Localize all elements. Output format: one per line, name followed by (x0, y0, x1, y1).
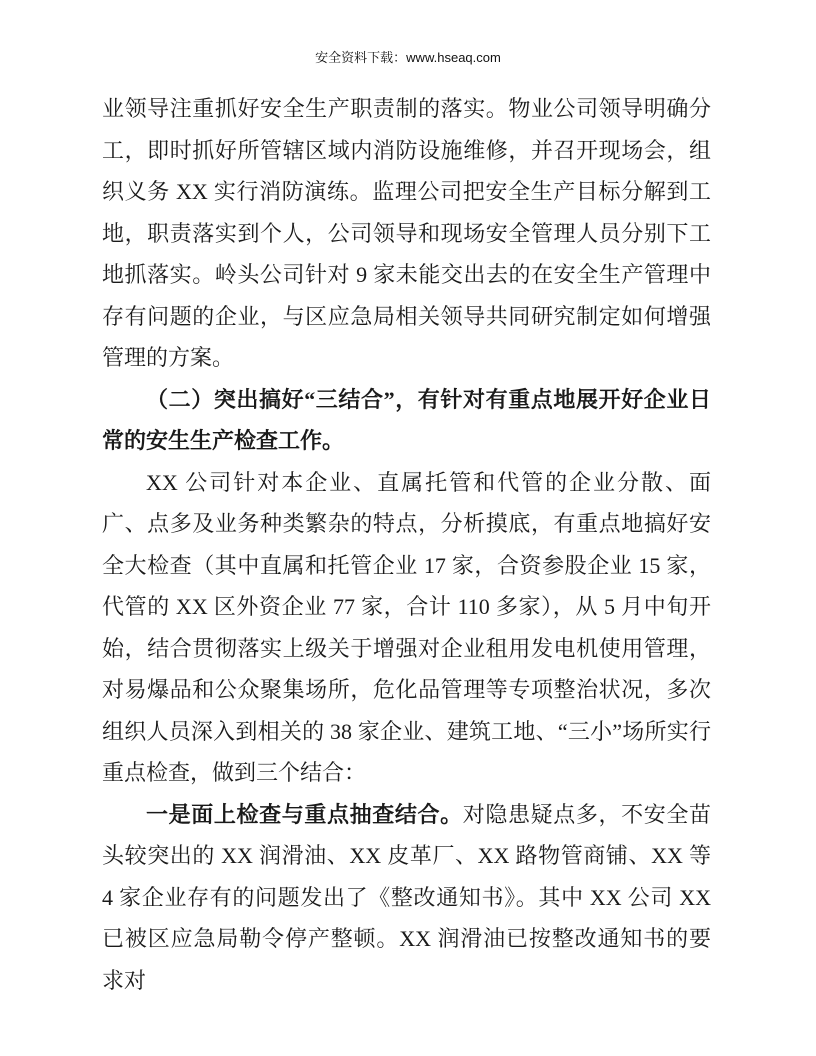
paragraph-bold-lead-rest: 对隐患疑点多，不安全苗头较突出的 XX 润滑油、XX 皮革厂、XX 路物管商铺、… (102, 802, 711, 993)
paragraph-bold-lead: 一是面上检查与重点抽查结合。 (146, 802, 463, 827)
page-header: 安全资料下载：www.hseaq.com (0, 49, 816, 67)
paragraph-inspection-overview: XX 公司针对本企业、直属托管和代管的企业分散、面广、点多及业务种类繁杂的特点，… (102, 462, 711, 794)
paragraph-first-combination: 一是面上检查与重点抽查结合。对隐患疑点多，不安全苗头较突出的 XX 润滑油、XX… (102, 794, 711, 1002)
header-site-url: www.hseaq.com (406, 50, 501, 65)
section-heading-two: （二）突出搞好“三结合”，有针对有重点地展开好企业日常的安生生产检查工作。 (102, 379, 711, 462)
document-body: 业领导注重抓好安全生产职责制的落实。物业公司领导明确分工，即时抓好所管辖区域内消… (102, 88, 711, 1001)
paragraph-continuation: 业领导注重抓好安全生产职责制的落实。物业公司领导明确分工，即时抓好所管辖区域内消… (102, 88, 711, 379)
header-download-label: 安全资料下载： (315, 50, 406, 65)
document-page: 安全资料下载：www.hseaq.com 业领导注重抓好安全生产职责制的落实。物… (0, 0, 816, 1056)
